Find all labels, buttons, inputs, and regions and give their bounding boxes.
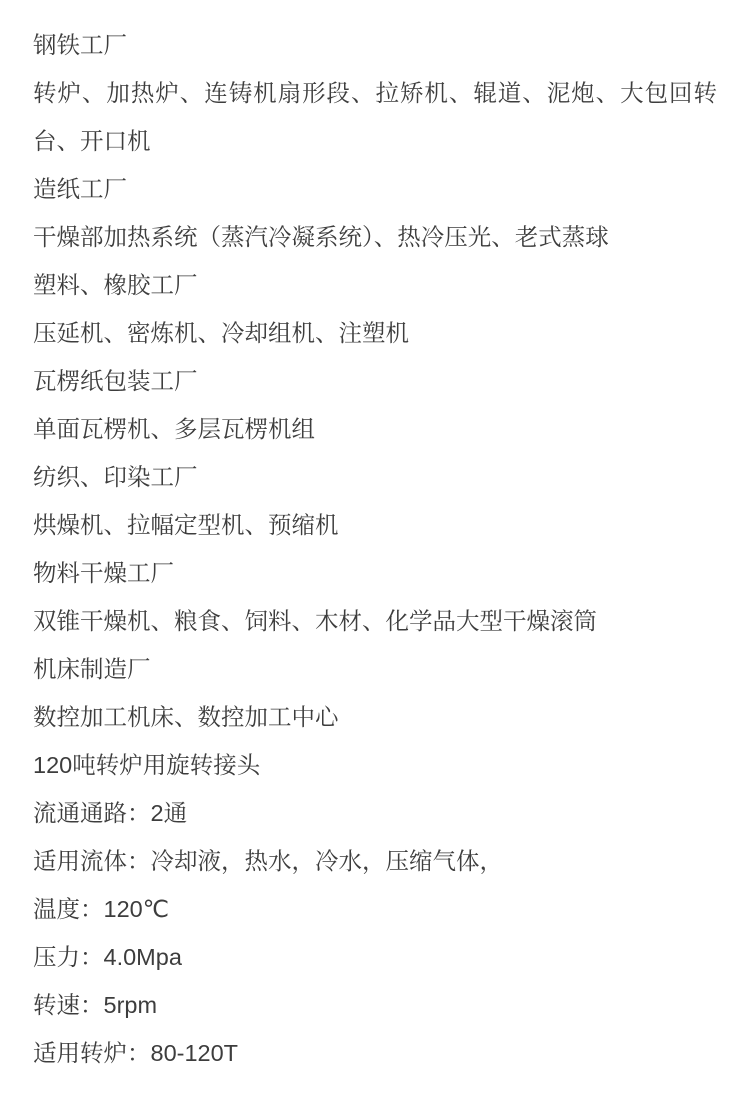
spec-value: 2通: [151, 800, 188, 826]
spec-colon: ：: [127, 848, 151, 874]
spec-applicable-converter: 适用转炉：80-120T: [33, 1029, 717, 1077]
spec-rotation-speed: 转速：5rpm: [33, 981, 717, 1029]
spec-colon: ：: [80, 992, 104, 1018]
spec-pressure: 压力：4.0Mpa: [33, 933, 717, 981]
spec-value: 5rpm: [104, 992, 158, 1018]
spec-value: 80-120T: [151, 1040, 239, 1066]
spec-applicable-fluids: 适用流体：冷却液，热水，冷水，压缩气体，: [33, 837, 717, 885]
spec-flow-passages: 流通通路：2通: [33, 789, 717, 837]
spec-label: 适用流体: [33, 848, 127, 874]
spec-label: 压力: [33, 944, 80, 970]
section-heading-plastic-rubber-factory: 塑料、橡胶工厂: [33, 261, 717, 309]
steel-equipment-list-line-2: 台、开口机: [33, 117, 717, 165]
spec-value: 4.0Mpa: [104, 944, 182, 970]
spec-colon: ：: [127, 800, 151, 826]
section-heading-steel-factory: 钢铁工厂: [33, 21, 717, 69]
spec-label: 转速: [33, 992, 80, 1018]
textile-equipment-list: 烘燥机、拉幅定型机、预缩机: [33, 501, 717, 549]
spec-colon: ：: [80, 896, 104, 922]
spec-colon: ：: [127, 1040, 151, 1066]
plastic-rubber-equipment-list: 压延机、密炼机、冷却组机、注塑机: [33, 309, 717, 357]
section-heading-textile-dyeing-factory: 纺织、印染工厂: [33, 453, 717, 501]
machine-tool-equipment-list: 数控加工机床、数控加工中心: [33, 693, 717, 741]
spec-value: 冷却液，热水，冷水，压缩气体，: [151, 848, 504, 874]
spec-label: 适用转炉: [33, 1040, 127, 1066]
product-title: 120吨转炉用旋转接头: [33, 741, 717, 789]
spec-label: 流通通路: [33, 800, 127, 826]
corrugated-equipment-list: 单面瓦楞机、多层瓦楞机组: [33, 405, 717, 453]
section-heading-material-drying-factory: 物料干燥工厂: [33, 549, 717, 597]
section-heading-paper-factory: 造纸工厂: [33, 165, 717, 213]
section-heading-machine-tool-factory: 机床制造厂: [33, 645, 717, 693]
steel-equipment-list-line-1: 转炉、加热炉、连铸机扇形段、拉矫机、辊道、泥炮、大包回转: [33, 69, 717, 117]
spec-label: 温度: [33, 896, 80, 922]
product-description-document: 钢铁工厂 转炉、加热炉、连铸机扇形段、拉矫机、辊道、泥炮、大包回转 台、开口机 …: [0, 0, 750, 1077]
spec-colon: ：: [80, 944, 104, 970]
material-drying-equipment-list: 双锥干燥机、粮食、饲料、木材、化学品大型干燥滚筒: [33, 597, 717, 645]
spec-value: 120℃: [104, 896, 170, 922]
section-heading-corrugated-packaging-factory: 瓦楞纸包装工厂: [33, 357, 717, 405]
paper-equipment-list: 干燥部加热系统（蒸汽冷凝系统）、热冷压光、老式蒸球: [33, 213, 717, 261]
spec-temperature: 温度：120℃: [33, 885, 717, 933]
